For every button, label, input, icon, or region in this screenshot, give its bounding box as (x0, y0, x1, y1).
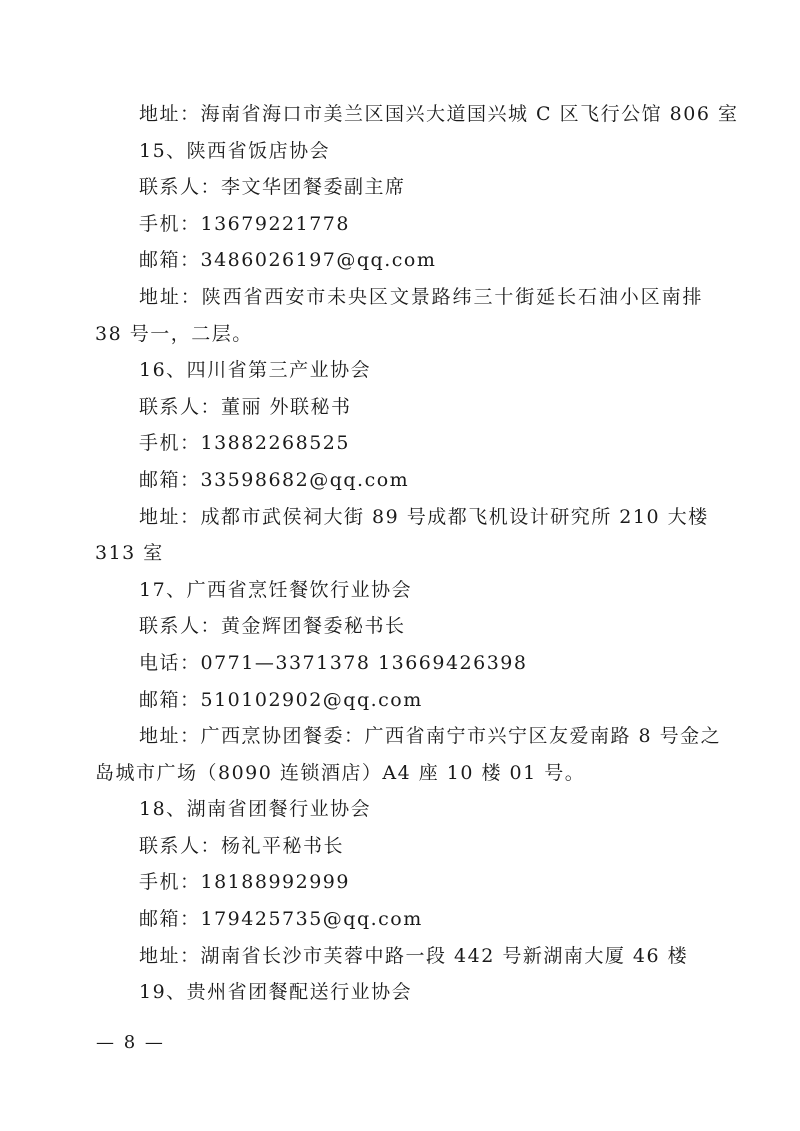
org-heading-19: 19、贵州省团餐配送行业协会 (95, 974, 703, 1011)
email: 邮箱：33598682@qq.com (95, 462, 703, 499)
address-continuation: 38 号一，二层。 (95, 316, 703, 353)
telephone: 电话：0771—3371378 13669426398 (95, 645, 703, 682)
address-line: 地址：陕西省西安市未央区文景路纬三十街延长石油小区南排 (95, 279, 703, 316)
email: 邮箱：510102902@qq.com (95, 682, 703, 719)
address-line: 地址：广西烹协团餐委：广西省南宁市兴宁区友爱南路 8 号金之 (95, 718, 703, 755)
contact-person: 联系人：黄金辉团餐委秘书长 (95, 608, 703, 645)
address-continuation: 岛城市广场（8090 连锁酒店）A4 座 10 楼 01 号。 (95, 755, 703, 792)
contact-person: 联系人：李文华团餐委副主席 (95, 169, 703, 206)
mobile: 手机：13882268525 (95, 425, 703, 462)
mobile: 手机：13679221778 (95, 206, 703, 243)
address-continuation: 313 室 (95, 535, 703, 572)
org-heading-15: 15、陕西省饭店协会 (95, 133, 703, 170)
address-line: 地址：成都市武侯祠大街 89 号成都飞机设计研究所 210 大楼 (95, 499, 703, 536)
contact-person: 联系人：董丽 外联秘书 (95, 389, 703, 426)
document-body: 地址：海南省海口市美兰区国兴大道国兴城 C 区飞行公馆 806 室 15、陕西省… (95, 96, 703, 1011)
org-heading-16: 16、四川省第三产业协会 (95, 352, 703, 389)
org-heading-18: 18、湖南省团餐行业协会 (95, 791, 703, 828)
mobile: 手机：18188992999 (95, 864, 703, 901)
page-number: — 8 — (96, 1032, 165, 1053)
address-line: 地址：海南省海口市美兰区国兴大道国兴城 C 区飞行公馆 806 室 (95, 96, 703, 133)
email: 邮箱：3486026197@qq.com (95, 242, 703, 279)
contact-person: 联系人：杨礼平秘书长 (95, 828, 703, 865)
org-heading-17: 17、广西省烹饪餐饮行业协会 (95, 572, 703, 609)
email: 邮箱：179425735@qq.com (95, 901, 703, 938)
address-line: 地址：湖南省长沙市芙蓉中路一段 442 号新湖南大厦 46 楼 (95, 938, 703, 975)
